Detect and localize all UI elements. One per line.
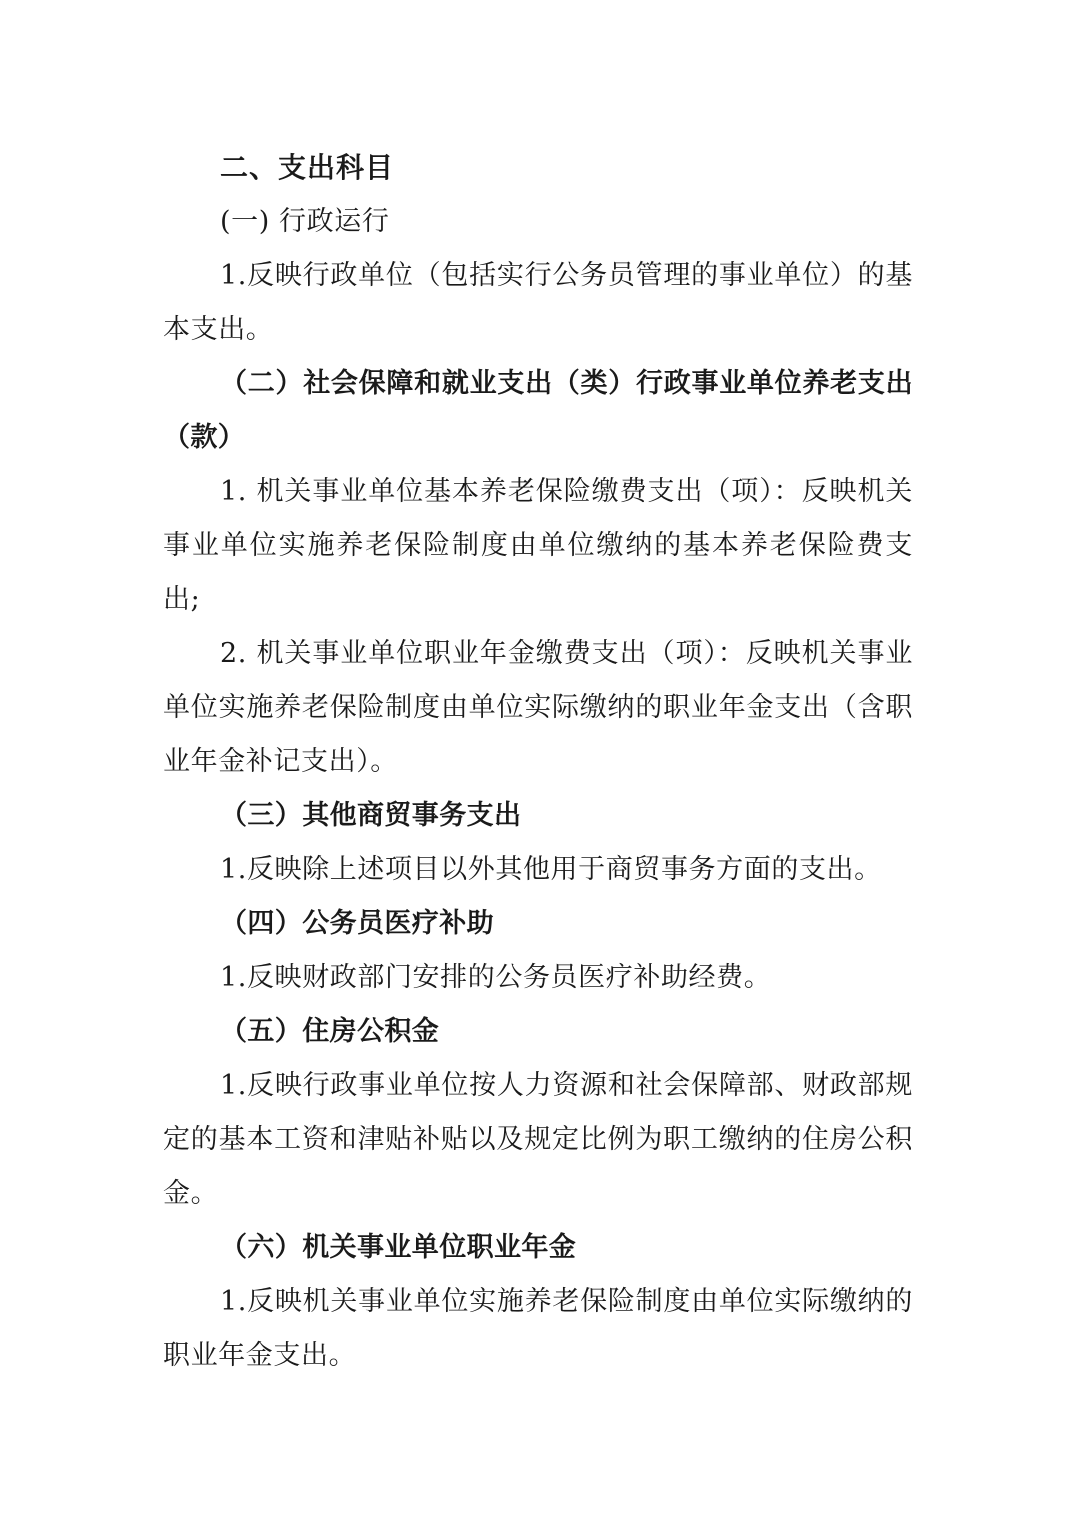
item-heading: （六）机关事业单位职业年金 xyxy=(163,1221,913,1275)
item-administrative-operation: (一) 行政运行 1.反映行政单位（包括实行公务员管理的事业单位）的基本支出。 xyxy=(163,195,913,357)
item-housing-provident-fund: （五）住房公积金 1.反映行政事业单位按人力资源和社会保障部、财政部规定的基本工… xyxy=(163,1005,913,1221)
item-paragraph: 2. 机关事业单位职业年金缴费支出（项）：反映机关事业单位实施养老保险制度由单位… xyxy=(163,627,913,789)
document-page: 二、支出科目 (一) 行政运行 1.反映行政单位（包括实行公务员管理的事业单位）… xyxy=(163,141,913,1383)
item-heading: （四）公务员医疗补助 xyxy=(163,897,913,951)
section-title: 二、支出科目 xyxy=(163,141,913,195)
item-paragraph: 1. 机关事业单位基本养老保险缴费支出（项）：反映机关事业单位实施养老保险制度由… xyxy=(163,465,913,627)
item-heading: （三）其他商贸事务支出 xyxy=(163,789,913,843)
item-paragraph: 1.反映财政部门安排的公务员医疗补助经费。 xyxy=(163,951,913,1005)
item-other-commerce-expense: （三）其他商贸事务支出 1.反映除上述项目以外其他用于商贸事务方面的支出。 xyxy=(163,789,913,897)
item-occupational-annuity: （六）机关事业单位职业年金 1.反映机关事业单位实施养老保险制度由单位实际缴纳的… xyxy=(163,1221,913,1383)
item-paragraph: 1.反映机关事业单位实施养老保险制度由单位实际缴纳的职业年金支出。 xyxy=(163,1275,913,1383)
item-civil-servant-medical-subsidy: （四）公务员医疗补助 1.反映财政部门安排的公务员医疗补助经费。 xyxy=(163,897,913,1005)
item-heading: (一) 行政运行 xyxy=(163,195,913,249)
item-paragraph: 1.反映行政事业单位按人力资源和社会保障部、财政部规定的基本工资和津贴补贴以及规… xyxy=(163,1059,913,1221)
item-paragraph: 1.反映除上述项目以外其他用于商贸事务方面的支出。 xyxy=(163,843,913,897)
item-heading: （五）住房公积金 xyxy=(163,1005,913,1059)
item-heading: （二）社会保障和就业支出（类）行政事业单位养老支出（款） xyxy=(163,357,913,465)
item-social-security-pension: （二）社会保障和就业支出（类）行政事业单位养老支出（款） 1. 机关事业单位基本… xyxy=(163,357,913,789)
item-paragraph: 1.反映行政单位（包括实行公务员管理的事业单位）的基本支出。 xyxy=(163,249,913,357)
